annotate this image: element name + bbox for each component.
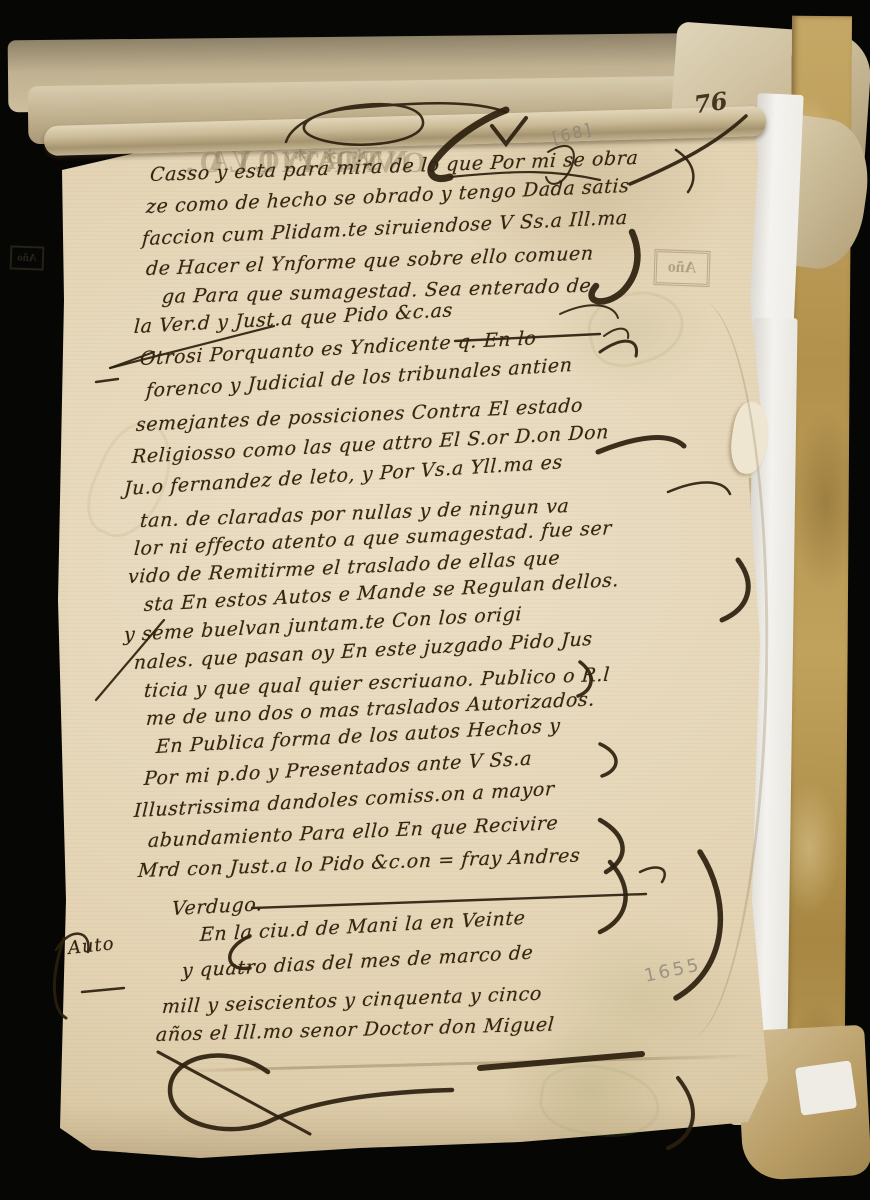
flourish-stroke <box>592 232 638 301</box>
flourish-stroke <box>600 341 637 356</box>
folio-number: 76 <box>692 86 729 119</box>
flourish-stroke <box>640 867 665 882</box>
flourish-stroke <box>252 894 646 908</box>
flourish-stroke <box>170 1056 452 1130</box>
flourish-stroke <box>630 116 746 184</box>
photographed-manuscript: OVARTILLO, NTO Y QVA NTA Y ✻ ✻ ✻ Año Año <box>0 0 870 1200</box>
flourish-stroke <box>480 1054 642 1068</box>
flourish-stroke <box>668 482 730 494</box>
flourish-stroke <box>560 305 618 318</box>
flourish-stroke <box>96 379 118 382</box>
flourish-stroke <box>598 438 684 452</box>
flourish-stroke <box>722 560 748 620</box>
flourish-stroke <box>82 988 124 992</box>
flourish-stroke <box>668 1078 693 1148</box>
flourish-stroke <box>600 744 616 776</box>
flourish-stroke <box>158 1052 310 1134</box>
flourish-stroke <box>492 118 526 144</box>
flourish-stroke <box>604 329 628 338</box>
